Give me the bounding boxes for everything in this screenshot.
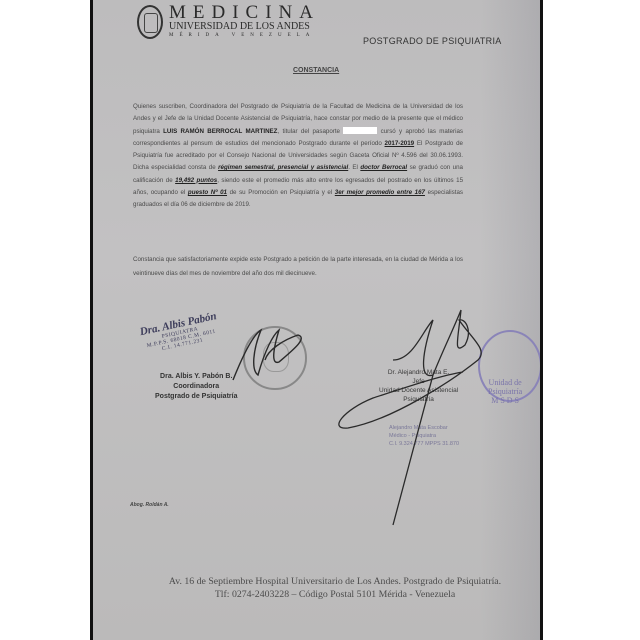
- typist-initials: Abog. Roldán A.: [130, 502, 169, 508]
- chief-signature-icon: [339, 310, 481, 525]
- document-photo: MEDICINA UNIVERSIDAD DE LOS ANDES MÉRIDA…: [90, 0, 543, 640]
- footer-line: Tlf: 0274-2403228 – Código Postal 5101 M…: [155, 588, 515, 601]
- coordinator-signature-icon: [233, 330, 301, 380]
- footer-line: Av. 16 de Septiembre Hospital Universita…: [155, 575, 515, 588]
- handwritten-signatures: [93, 0, 543, 640]
- footer-address: Av. 16 de Septiembre Hospital Universita…: [155, 575, 515, 601]
